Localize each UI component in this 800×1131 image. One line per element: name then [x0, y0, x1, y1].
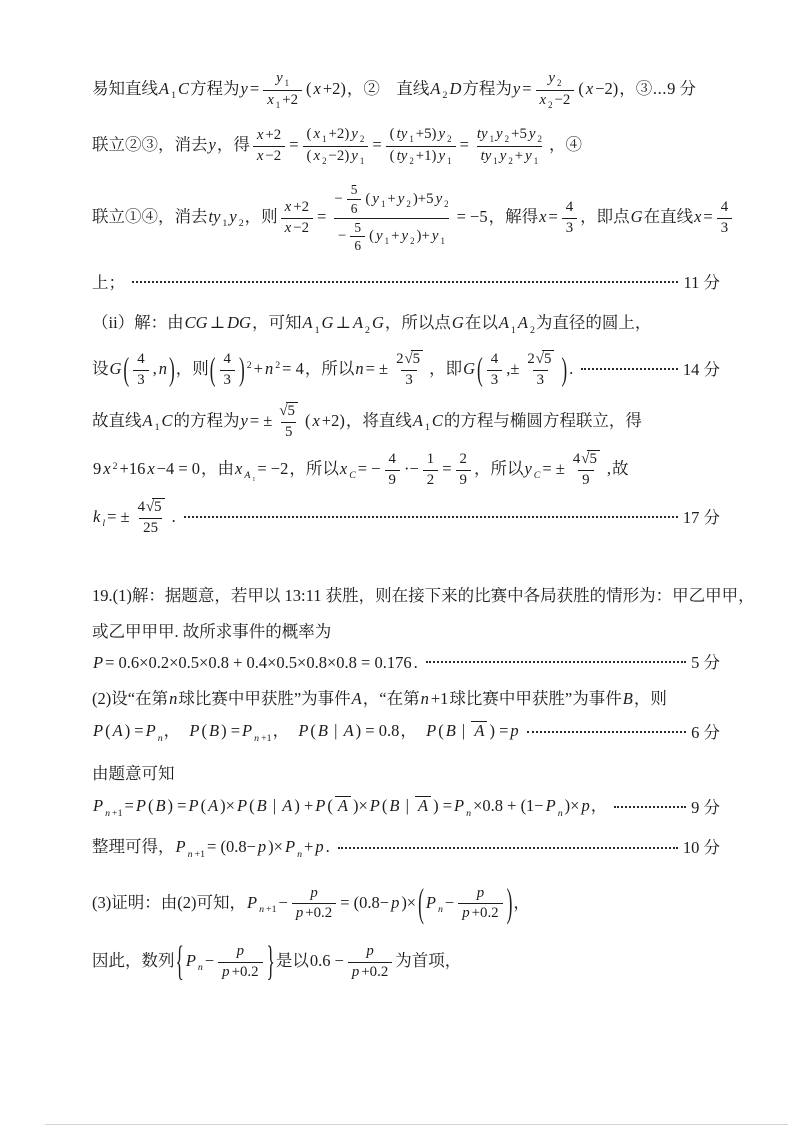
delimiter: ) — [239, 348, 245, 392]
numerator: −56(y1+y2)+5y2 — [330, 182, 452, 218]
math-num: = ± — [541, 459, 566, 478]
math-num: ) = 0.8 — [355, 721, 401, 740]
math-var: P — [188, 721, 200, 740]
math-num: = − — [357, 459, 382, 478]
math-num: = (0.8− — [339, 893, 390, 912]
math-var: ty — [476, 126, 489, 142]
line-content: 设G(43,n)，则(43)2+n2= 4，所以n= ±2√53，即G(43,±… — [92, 351, 574, 389]
subscript: n+1 — [253, 733, 272, 744]
math-num: ( — [104, 721, 112, 740]
text-run: (2)设“在第 — [92, 689, 168, 708]
math-var: P — [425, 893, 437, 912]
math-var: A — [142, 411, 154, 430]
score-label: 14 分 — [683, 359, 720, 381]
math-num: 9 — [459, 472, 468, 488]
math-var: G — [630, 207, 644, 226]
text-run: ，解得 — [489, 207, 539, 226]
overline: A — [471, 721, 487, 739]
math-num: ( — [368, 228, 375, 244]
math-num: 1 — [321, 134, 327, 144]
fraction: −56(y1+y2)+5y2−56(y1+y2)+y1 — [330, 182, 452, 254]
score-label: 10 分 — [683, 837, 720, 859]
math-num: 9 — [92, 459, 102, 478]
math-num: = — [316, 207, 327, 226]
document-line-l12: P= 0.6×0.2×0.5×0.8 + 0.4×0.5×0.8×0.8 = 0… — [92, 652, 720, 674]
subscript: 1 — [314, 325, 321, 336]
text-run: ， — [400, 721, 425, 740]
math-var: P — [545, 796, 557, 815]
subscript: C — [348, 470, 357, 481]
fraction: 43 — [220, 351, 235, 389]
math-num: )× — [219, 796, 236, 815]
math-num: 1 — [426, 451, 435, 467]
fraction: (ty1+5)y2(ty2+1)y1 — [386, 126, 456, 166]
math-num: . — [171, 507, 177, 526]
math-var: A — [417, 796, 429, 815]
math-num: 6 — [353, 238, 362, 253]
math-num: 2 — [446, 134, 452, 144]
dotted-leader — [426, 661, 686, 663]
math-var: P — [187, 796, 199, 815]
numerator: 4 — [717, 199, 732, 218]
document-line-l14: P(A) =Pn， P(B) =Pn+1， P(B | A) = 0.8， P(… — [92, 720, 720, 745]
math-var: ty — [208, 207, 222, 226]
math-num: 5 — [153, 499, 162, 515]
math-num: 1 — [359, 156, 365, 166]
denominator: −56(y1+y2)+y1 — [334, 218, 449, 255]
math-num: )+5 — [412, 191, 435, 207]
math-var: A — [498, 313, 510, 332]
math-num: ×0.8 + (1− — [472, 796, 545, 815]
numerator: y1 — [272, 70, 293, 90]
math-var: P — [314, 796, 326, 815]
subscript: 1 — [284, 78, 290, 88]
denominator: p+0.2 — [218, 962, 262, 982]
math-var: B — [208, 721, 220, 740]
math-num: ⊥ — [334, 313, 352, 332]
math-var: A — [351, 689, 363, 708]
text-run: (3)证明：由(2)可知， — [92, 893, 246, 912]
math-num: 1 — [424, 422, 431, 433]
overline: A — [335, 796, 351, 814]
math-var: P — [284, 837, 296, 856]
math-num: +16 — [119, 459, 147, 478]
math-num: +2) — [328, 126, 351, 142]
math-num: 3 — [565, 220, 574, 236]
denominator: x1+2 — [263, 90, 302, 111]
numerator: 4√5 — [569, 451, 603, 470]
math-var: A — [281, 796, 293, 815]
math-var: A — [207, 796, 219, 815]
math-var: p — [236, 943, 245, 959]
text-run: 由题意可知 — [92, 764, 175, 783]
math-num: )× — [400, 893, 417, 912]
line-content: 整理可得，Pn+1= (0.8−p)×Pn+p. — [92, 836, 331, 861]
math-var: x — [539, 92, 548, 108]
math-var: A — [112, 721, 124, 740]
text-run: 在直线 — [644, 207, 694, 226]
document-line-l10: 19.(1)解：据题意，若甲以 13:11 获胜，则在接下来的比赛中各局获胜的情… — [92, 585, 720, 607]
line-content: 9x2+16x−4 = 0，由xA1= −2，所以xC= −49·−12=29，… — [92, 451, 628, 489]
math-num: 2 — [246, 360, 253, 371]
subscript: n — [157, 733, 164, 744]
math-var: y — [547, 70, 556, 86]
subscript: 2 — [409, 236, 415, 246]
math-var: n — [258, 904, 265, 915]
math-num: −4 = 0 — [156, 459, 201, 478]
subscript: 1 — [439, 236, 445, 246]
math-var: y — [438, 126, 447, 142]
math-num: 3 — [536, 372, 545, 388]
dotted-leader — [132, 281, 678, 283]
math-num: + — [253, 359, 264, 378]
math-num: +1 — [260, 733, 273, 744]
math-num: )× — [267, 837, 284, 856]
delimiter: ( — [418, 877, 424, 931]
document-line-l7: 故直线A1C的方程为y= ±√55(x+2)，将直线A1C的方程与椭圆方程联立，… — [92, 403, 720, 441]
text-run: 联立②③，消去 — [92, 135, 208, 154]
subscript: 1 — [533, 156, 539, 166]
math-num: 1 — [446, 156, 452, 166]
math-var: CG — [184, 313, 209, 332]
math-num: ( — [201, 721, 209, 740]
math-num: , — [152, 359, 158, 378]
document-page: 易知直线A1C方程为y=y1x1+2(x+2)，② 直线A2D方程为y=y2x2… — [0, 0, 800, 981]
numerator: p — [473, 885, 488, 904]
math-num: −2 — [264, 148, 282, 164]
denominator: 5 — [281, 422, 296, 442]
math-num: +5) — [415, 126, 438, 142]
radicand: 5 — [152, 498, 164, 515]
text-run: 球比赛中甲获胜”为事件 — [178, 689, 350, 708]
numerator: p — [362, 943, 377, 962]
math-num: ) = — [488, 721, 509, 740]
math-num: = −5 — [456, 207, 489, 226]
math-var: p — [365, 943, 374, 959]
math-num: = — [547, 207, 558, 226]
subscript: 2 — [359, 134, 365, 144]
text-run: 的方程与椭圆方程联立，得 — [444, 411, 642, 430]
line-content: 联立②③，消去y，得x+2x−2=(x1+2)y2(x2−2)y1=(ty1+5… — [92, 126, 582, 166]
line-content: (2)设“在第n球比赛中甲获胜”为事件A，“在第n+1球比赛中甲获胜”为事件B，… — [92, 688, 667, 710]
math-var: p — [257, 837, 267, 856]
math-var: n — [437, 904, 444, 915]
document-line-l16: Pn+1=P(B) =P(A)×P(B | A) +P(A)×P(B | A) … — [92, 795, 720, 820]
math-num: 4 — [388, 451, 397, 467]
text-run: 是以 — [276, 951, 309, 970]
text-run: 联立①④，消去 — [92, 207, 208, 226]
denominator: 6 — [347, 199, 362, 217]
math-num: = 0.6×0.2×0.5×0.8 + 0.4×0.5×0.8×0.8 = 0.… — [104, 653, 413, 672]
math-var: y — [523, 459, 532, 478]
denominator: 9 — [578, 470, 593, 490]
math-var: n — [197, 962, 204, 973]
text-run: ，得 — [217, 135, 250, 154]
text-run: ，④ — [549, 135, 582, 154]
numerator: 4 — [487, 351, 502, 370]
math-num: 2 — [459, 451, 468, 467]
text-run: 整理可得， — [92, 837, 175, 856]
text-run: 设 — [92, 359, 109, 378]
math-num: 6 — [350, 201, 359, 216]
math-var: p — [509, 721, 519, 740]
math-var: A — [429, 79, 441, 98]
delimiter: ) — [169, 348, 175, 392]
math-num: −2) — [594, 79, 619, 98]
math-var: y — [240, 79, 249, 98]
math-var: P — [135, 796, 147, 815]
math-num: 3 — [223, 372, 232, 388]
score-label: 17 分 — [683, 507, 720, 529]
denominator: ty1y2+y1 — [477, 146, 543, 167]
document-line-l2: 联立②③，消去y，得x+2x−2=(x1+2)y2(x2−2)y1=(ty1+5… — [92, 126, 720, 166]
line-content: 联立①④，消去ty1y2，则x+2x−2=−56(y1+y2)+5y2−56(y… — [92, 182, 735, 254]
math-var: G — [371, 313, 385, 332]
math-num: 2 — [443, 199, 449, 209]
text-run: ，所以 — [474, 459, 524, 478]
math-num: + — [386, 191, 396, 207]
numerator: 4 — [562, 199, 577, 218]
math-num: +0.2 — [471, 905, 500, 921]
sqrt-radical: √5 — [279, 403, 298, 419]
math-num: 1 — [314, 325, 321, 336]
math-num: = ± — [365, 359, 390, 378]
math-num: )× — [564, 796, 581, 815]
math-var: n — [354, 359, 364, 378]
math-num: 1 — [510, 325, 517, 336]
math-num: = — [249, 79, 260, 98]
document-line-l6: 设G(43,n)，则(43)2+n2= 4，所以n= ±2√53，即G(43,±… — [92, 351, 720, 389]
numerator: y2 — [544, 70, 565, 90]
subscript: 2 — [446, 134, 452, 144]
math-num: −2) — [328, 148, 351, 164]
math-num: 1 — [154, 422, 161, 433]
math-var: P — [369, 796, 381, 815]
denominator: p+0.2 — [292, 903, 336, 923]
text-run: 方程为 — [462, 79, 512, 98]
text-run: ，则 — [634, 689, 667, 708]
subscript: 2 — [405, 199, 411, 209]
dotted-leader — [614, 806, 686, 808]
denominator: 3 — [133, 370, 148, 390]
math-num: = — [371, 135, 382, 154]
math-num: 2 — [395, 351, 404, 367]
subscript: 2 — [536, 134, 542, 144]
subscript: 1 — [492, 156, 498, 166]
math-var: x — [312, 148, 321, 164]
denominator: 3 — [562, 218, 577, 238]
text-run: ，所以点 — [385, 313, 451, 332]
text-run: ，即 — [429, 359, 462, 378]
math-num: 5 — [412, 351, 421, 367]
numerator: x+2 — [253, 127, 285, 146]
math-num: ( — [248, 796, 256, 815]
math-var: G — [462, 359, 476, 378]
math-num: = — [441, 459, 452, 478]
delimiter: ) — [561, 348, 567, 392]
math-num: 4 — [572, 451, 581, 467]
overline: A — [415, 796, 431, 814]
numerator: 2√5 — [523, 351, 557, 370]
math-num: 9 — [388, 472, 397, 488]
math-num: 2 — [529, 325, 536, 336]
score-label: 5 分 — [691, 652, 720, 674]
numerator: √5 — [276, 403, 301, 422]
math-num: = ± — [249, 411, 274, 430]
math-var: P — [453, 796, 465, 815]
document-line-l19: 因此，数列{Pn−pp+0.2}是以0.6 −pp+0.2为首项， — [92, 943, 720, 981]
math-var: B — [317, 721, 329, 740]
math-var: A — [412, 411, 424, 430]
math-num: − — [337, 228, 347, 244]
math-num: 4 — [136, 351, 145, 367]
math-num: 3 — [136, 372, 145, 388]
math-num: 2 — [409, 236, 415, 246]
math-var: P — [297, 721, 309, 740]
math-num: 2 — [112, 461, 119, 472]
subscript: n — [296, 849, 303, 860]
fraction: y2x2−2 — [536, 70, 575, 110]
delimiter: ( — [210, 348, 216, 392]
subscript: 2 — [443, 199, 449, 209]
denominator: 9 — [385, 470, 400, 490]
math-var: C — [177, 79, 190, 98]
fraction: 12 — [423, 451, 438, 489]
fraction: 56 — [347, 182, 362, 217]
math-num: +1 — [111, 808, 124, 819]
math-num: 5 — [353, 220, 362, 235]
fraction: √55 — [276, 403, 301, 441]
math-num: | — [329, 721, 343, 740]
numerator: 5 — [350, 220, 365, 237]
denominator: 3 — [401, 370, 416, 390]
math-num: +2) — [321, 411, 346, 430]
math-var: P — [236, 796, 248, 815]
text-run: ， — [273, 721, 298, 740]
line-content: 或乙甲甲甲. 故所求事件的概率为 — [92, 621, 331, 643]
math-num: ) + — [293, 796, 314, 815]
math-var: D — [448, 79, 462, 98]
math-num: 2 — [408, 156, 414, 166]
text-run: ，② 直线 — [347, 79, 430, 98]
math-num: 2 — [426, 472, 435, 488]
math-num: ) = — [220, 721, 241, 740]
math-num: 1 — [492, 156, 498, 166]
line-content: 易知直线A1C方程为y=y1x1+2(x+2)，② 直线A2D方程为y=y2x2… — [92, 70, 696, 110]
math-var: x — [311, 411, 320, 430]
line-content: 故直线A1C的方程为y= ±√55(x+2)，将直线A1C的方程与椭圆方程联立，… — [92, 403, 642, 441]
math-var: p — [580, 796, 590, 815]
math-num: 9 — [581, 472, 590, 488]
denominator: 25 — [139, 518, 162, 538]
math-var: p — [351, 964, 360, 980]
fraction: x+2x−2 — [253, 127, 285, 165]
sqrt-radical: √5 — [581, 451, 600, 467]
math-num: 2 — [321, 156, 327, 166]
math-num: . — [413, 653, 419, 672]
math-num: = (0.8− — [206, 837, 257, 856]
math-num: + — [514, 148, 524, 164]
fraction: 43 — [717, 199, 732, 237]
text-run: ， — [164, 721, 189, 740]
solution-text-block: 易知直线A1C方程为y=y1x1+2(x+2)，② 直线A2D方程为y=y2x2… — [92, 70, 720, 981]
math-num: = ± — [106, 507, 131, 526]
denominator: 6 — [350, 236, 365, 254]
math-num: | — [457, 721, 471, 740]
subscript: 2 — [556, 78, 562, 88]
math-num: 0.6 − — [309, 951, 345, 970]
math-num: 1 — [284, 78, 290, 88]
text-run: ，可知 — [252, 313, 302, 332]
math-var: A — [301, 313, 313, 332]
math-var: x — [312, 126, 321, 142]
math-num: ( — [577, 79, 585, 98]
math-num: ( — [389, 148, 396, 164]
math-num: ( — [326, 796, 334, 815]
delimiter: ( — [477, 348, 483, 392]
math-var: y — [435, 191, 444, 207]
math-var: P — [92, 721, 104, 740]
sqrt-radical: √5 — [405, 351, 424, 367]
numerator: 2 — [456, 451, 471, 470]
radicand: 5 — [411, 350, 423, 367]
fraction: 56 — [350, 220, 365, 255]
math-var: A — [473, 721, 485, 740]
math-num: 2 — [359, 134, 365, 144]
text-run: 19.(1)解：据题意，若甲以 13:11 获胜，则在接下来的比赛中各局获胜的情… — [92, 586, 755, 605]
math-num: 4 — [565, 199, 574, 215]
math-var: P — [185, 951, 197, 970]
math-var: x — [284, 220, 293, 236]
math-num: 25 — [142, 520, 159, 536]
math-num: 1 — [408, 134, 414, 144]
denominator: 3 — [487, 370, 502, 390]
fraction: pp+0.2 — [292, 885, 336, 923]
math-var: p — [476, 885, 485, 901]
math-var: y — [371, 191, 380, 207]
subscript: n+1 — [187, 849, 206, 860]
subscript: 1 — [510, 325, 517, 336]
math-var: C — [431, 411, 444, 430]
page-bottom-rule — [45, 1124, 788, 1125]
fraction: 29 — [456, 451, 471, 489]
math-var: y — [240, 411, 249, 430]
text-run: 方程为 — [190, 79, 240, 98]
math-var: k — [92, 507, 101, 526]
numerator: (x1+2)y2 — [303, 126, 369, 146]
line-content: Pn+1=P(B) =P(A)×P(B | A) +P(A)×P(B | A) … — [92, 795, 607, 820]
math-var: p — [461, 905, 470, 921]
math-num: 2 — [405, 199, 411, 209]
text-run: ，③⋯9 分 — [619, 79, 696, 98]
subscript: A1 — [243, 470, 256, 481]
math-var: p — [295, 905, 304, 921]
fraction: (x1+2)y2(x2−2)y1 — [303, 126, 369, 166]
fraction: 43 — [487, 351, 502, 389]
delimiter: ( — [123, 348, 129, 392]
math-var: P — [241, 721, 253, 740]
math-var: y — [524, 148, 533, 164]
math-num: = — [521, 79, 532, 98]
document-line-l15: 由题意可知 — [92, 763, 720, 785]
subscript: n — [437, 904, 444, 915]
math-var: x — [585, 79, 594, 98]
math-var: n — [168, 689, 178, 708]
denominator: 3 — [717, 218, 732, 238]
math-num: )× — [352, 796, 369, 815]
math-var: y — [495, 126, 504, 142]
text-run: ，则 — [245, 207, 278, 226]
